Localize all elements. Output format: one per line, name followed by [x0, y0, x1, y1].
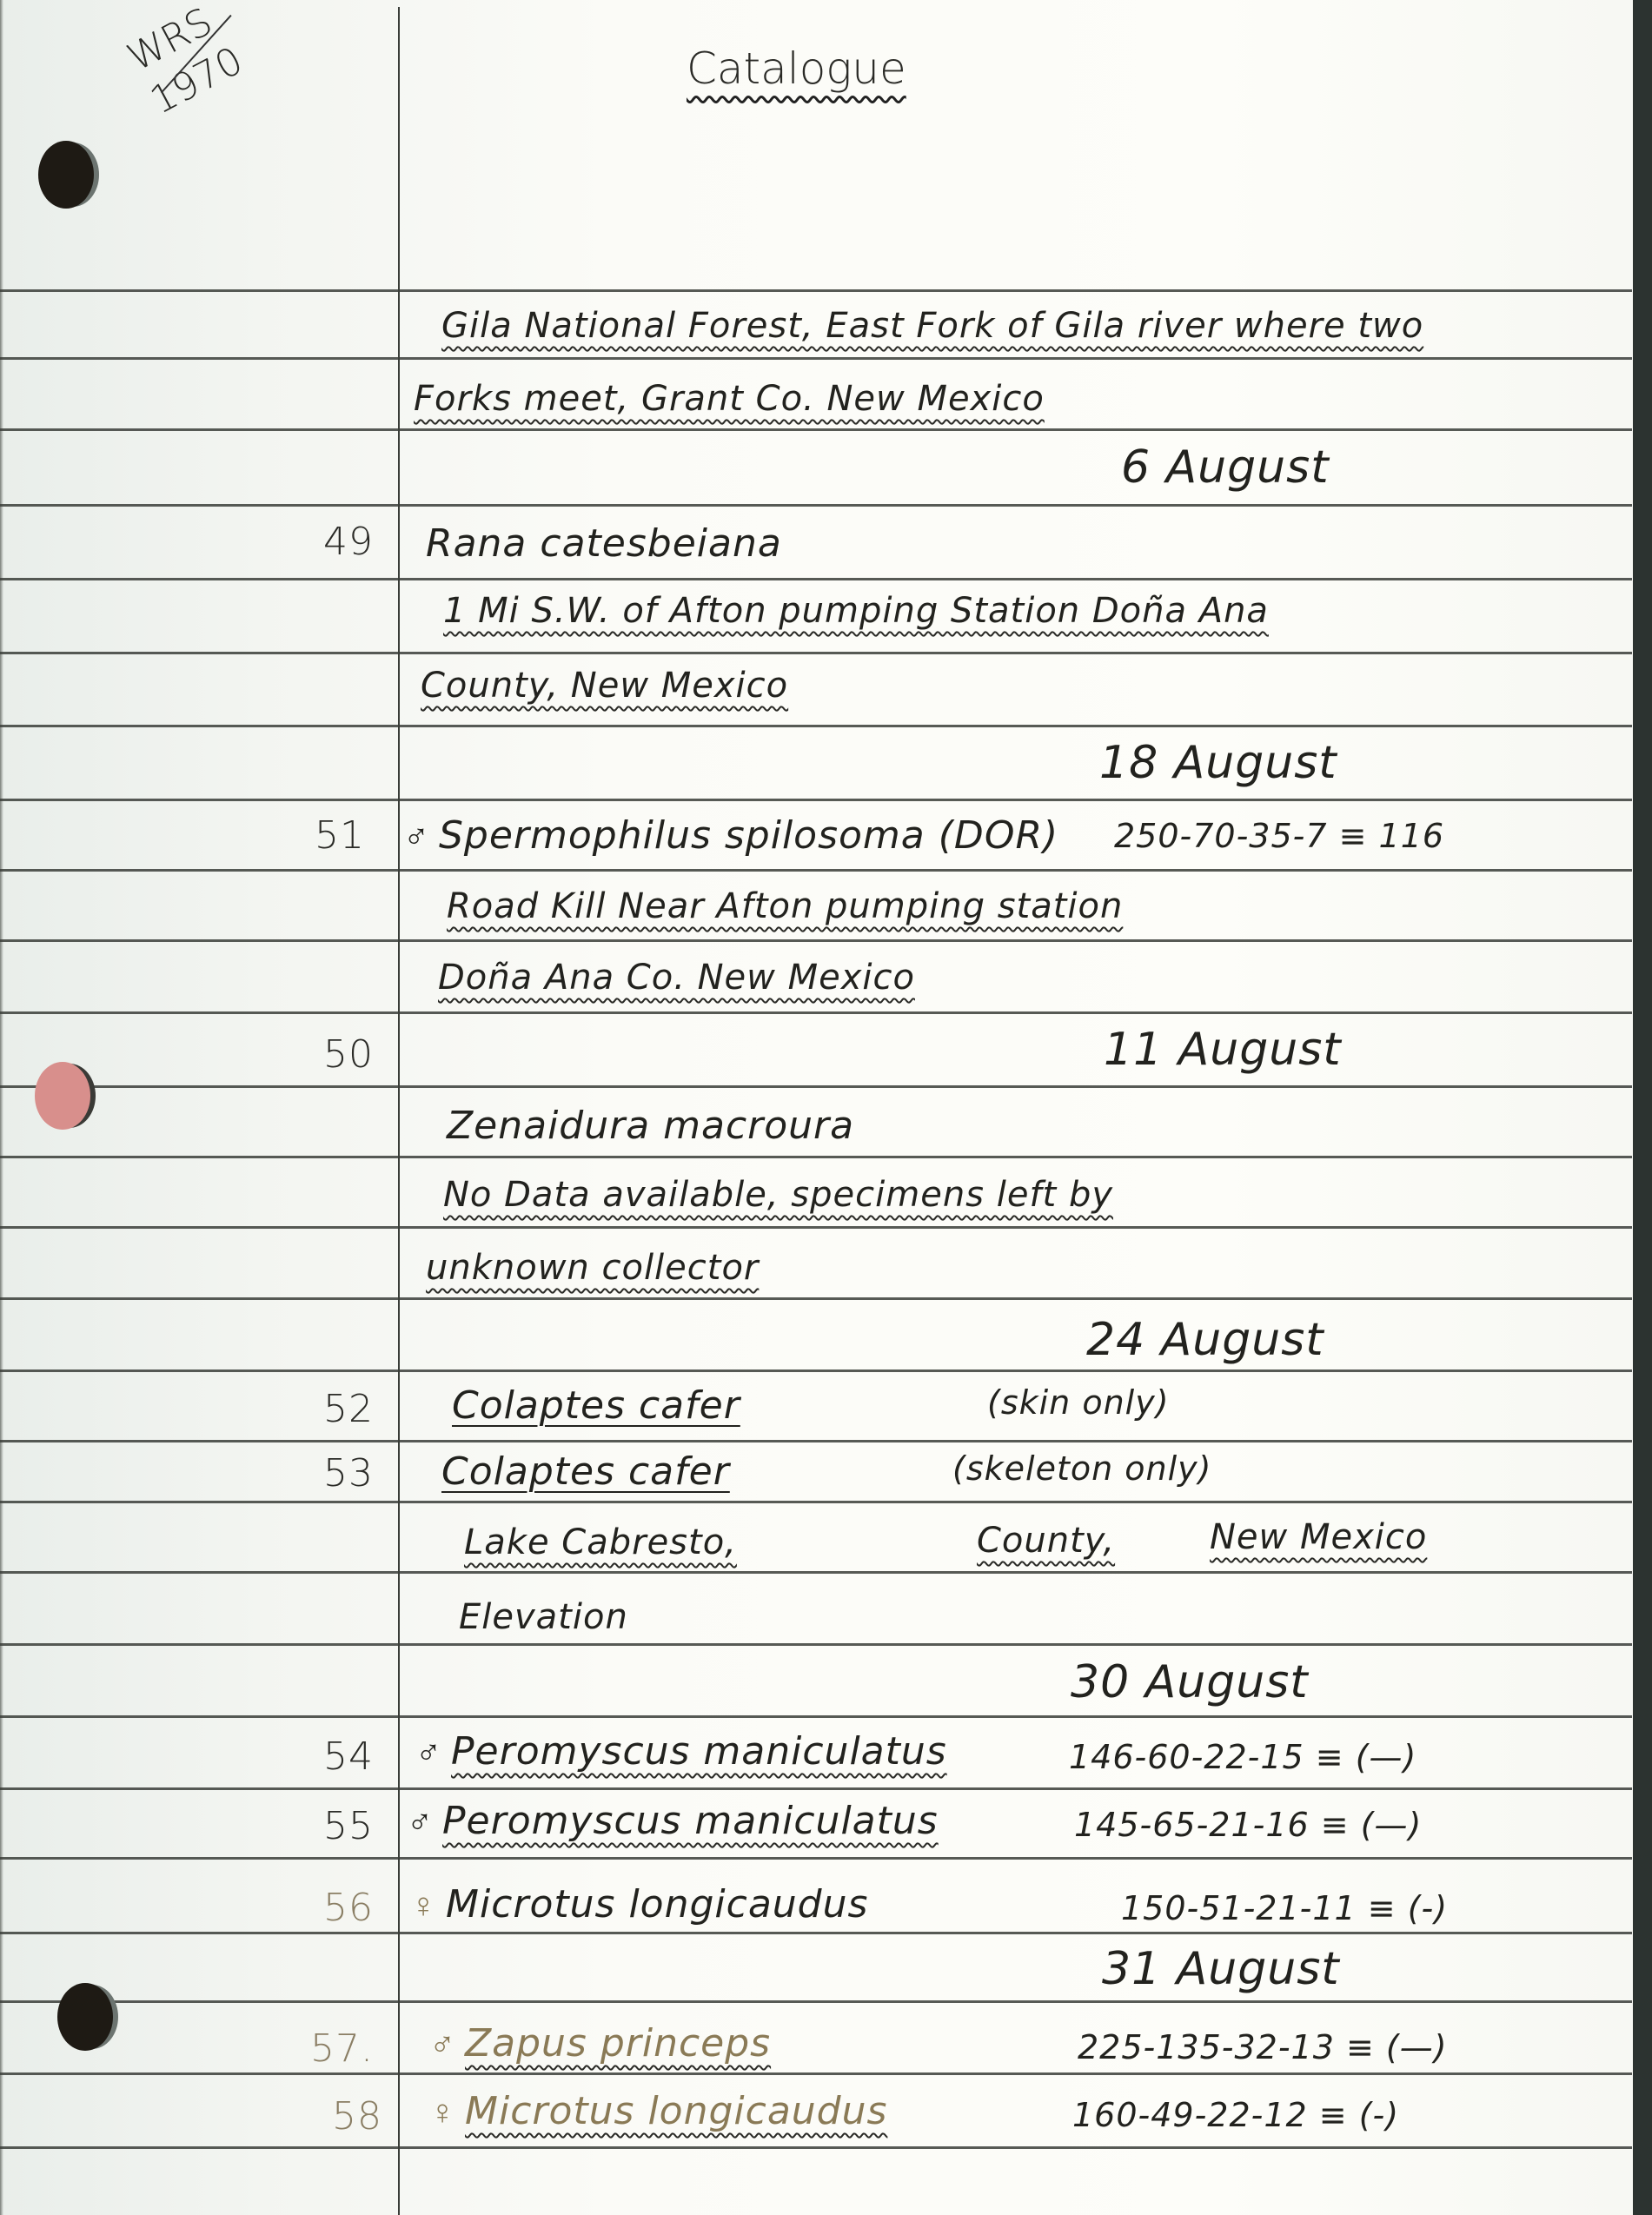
ruled-line [0, 1226, 1632, 1229]
species-name: Spermophilus spilosoma [439, 813, 926, 858]
locality-county: County, [977, 1521, 1115, 1561]
punch-hole [38, 141, 94, 209]
locality-line: unknown collector [426, 1248, 759, 1288]
catalogue-number: 58 [278, 2094, 382, 2139]
species-name: Colaptes cafer [441, 1449, 730, 1494]
measurements: 250-70-35-7 ≡ 116 [1114, 817, 1444, 855]
measurements: 150-51-21-11 ≡ (-) [1121, 1889, 1448, 1927]
ruled-line [0, 1501, 1632, 1503]
ruled-line [0, 1440, 1632, 1442]
ruled-line [0, 1297, 1632, 1300]
page-title: Catalogue [687, 43, 906, 94]
ruled-line [0, 504, 1632, 507]
ruled-line [0, 2000, 1632, 2003]
female-symbol-icon: ♀ [429, 2092, 456, 2132]
elevation-label: Elevation [459, 1597, 628, 1637]
male-symbol-icon: ♂ [429, 2025, 456, 2065]
locality-line: Doña Ana Co. New Mexico [438, 958, 915, 998]
ruled-line [0, 1643, 1632, 1646]
catalogue-number: 50 [269, 1032, 374, 1077]
species-name: Microtus longicaudus [446, 1882, 868, 1927]
species-entry: ♂Peromyscus maniculatus [407, 1799, 939, 1843]
punch-hole-pink [35, 1062, 90, 1130]
measurements: 225-135-32-13 ≡ (—) [1078, 2028, 1448, 2066]
ruled-line [0, 1156, 1632, 1158]
margin-line [398, 7, 400, 2215]
date: 18 August [1099, 737, 1337, 789]
locality-line: 1 Mi S.W. of Afton pumping Station Doña … [443, 591, 1269, 631]
specimen-note: (skeleton only) [952, 1449, 1211, 1488]
scan-border-right [1633, 0, 1652, 2215]
male-symbol-icon: ♂ [415, 1733, 442, 1773]
ruled-line [0, 1571, 1632, 1574]
ruled-line [0, 1369, 1632, 1372]
punch-hole [57, 1983, 113, 2051]
catalogue-number: 56 [269, 1886, 374, 1930]
locality-place: Lake Cabresto, [464, 1522, 737, 1562]
ruled-line [0, 869, 1632, 872]
ruled-line [0, 578, 1632, 580]
locality-line: Gila National Forest, East Fork of Gila … [441, 306, 1423, 346]
ruled-line [0, 725, 1632, 727]
ruled-line [0, 1715, 1632, 1718]
catalogue-page: WRS 1970 Catalogue Gila National Forest,… [0, 0, 1652, 2215]
ruled-line [0, 2146, 1632, 2149]
catalogue-number: 55 [269, 1804, 374, 1848]
ruled-line [0, 1932, 1632, 1934]
date: 30 August [1071, 1656, 1309, 1708]
ruled-line [0, 357, 1632, 360]
male-symbol-icon: ♂ [407, 1802, 434, 1842]
measurements: 160-49-22-12 ≡ (-) [1072, 2096, 1399, 2134]
species-entry: ♂Peromyscus maniculatus [415, 1729, 947, 1774]
female-symbol-icon: ♀ [410, 1886, 437, 1926]
ruled-line [0, 289, 1632, 292]
species-entry: ♂Spermophilus spilosoma (DOR) [403, 813, 1058, 858]
date: 24 August [1086, 1314, 1324, 1366]
specimen-note: (skin only) [987, 1383, 1170, 1422]
specimen-note: (DOR) [939, 813, 1058, 858]
ruled-line [0, 2072, 1632, 2075]
ruled-line [0, 1787, 1632, 1790]
species-name: Microtus longicaudus [465, 2089, 887, 2133]
ruled-line [0, 428, 1632, 431]
ruled-line [0, 1085, 1632, 1088]
ruled-line [0, 652, 1632, 654]
species-name: Rana catesbeiana [426, 521, 782, 566]
page-left-edge [0, 0, 3, 2215]
locality-line: Road Kill Near Afton pumping station [447, 886, 1123, 926]
catalogue-number: 52 [269, 1387, 374, 1431]
date: 31 August [1102, 1943, 1340, 1995]
catalogue-number: 57. [269, 2026, 374, 2071]
locality-line: County, New Mexico [421, 666, 788, 706]
date: 6 August [1121, 441, 1330, 494]
species-name: Peromyscus maniculatus [451, 1729, 947, 1774]
species-entry: ♀Microtus longicaudus [410, 1882, 868, 1927]
catalogue-number: 53 [269, 1451, 374, 1495]
locality-state: New Mexico [1210, 1517, 1427, 1557]
species-name: Zapus princeps [465, 2021, 771, 2066]
species-name: Peromyscus maniculatus [442, 1799, 939, 1843]
species-name: Colaptes cafer [452, 1383, 740, 1428]
measurements: 145-65-21-16 ≡ (—) [1074, 1806, 1422, 1844]
species-entry: ♂Zapus princeps [429, 2021, 771, 2066]
ruled-line [0, 939, 1632, 942]
initials-year-stamp: WRS 1970 [122, 0, 263, 122]
date: 11 August [1104, 1024, 1342, 1076]
ruled-line [0, 799, 1632, 801]
ruled-line [0, 1857, 1632, 1860]
catalogue-number: 49 [269, 520, 374, 564]
catalogue-number: 51 [261, 813, 365, 858]
locality-line: Forks meet, Grant Co. New Mexico [414, 379, 1045, 419]
measurements: 146-60-22-15 ≡ (—) [1069, 1738, 1416, 1776]
catalogue-number: 54 [269, 1734, 374, 1779]
ruled-line [0, 1011, 1632, 1014]
species-entry: ♀Microtus longicaudus [429, 2089, 887, 2133]
male-symbol-icon: ♂ [403, 817, 430, 857]
species-name: Zenaidura macroura [447, 1104, 854, 1148]
locality-line: No Data available, specimens left by [443, 1175, 1113, 1215]
